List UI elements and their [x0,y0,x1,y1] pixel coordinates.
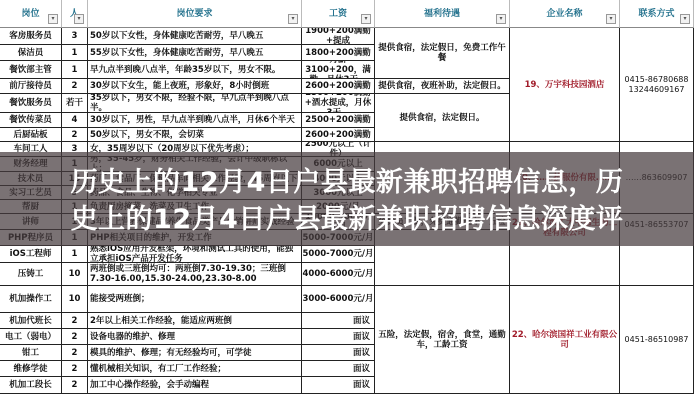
cell-requirements: 模具的维护、修理；有无经验均可，可学徒 [88,345,302,361]
cell-requirements: 两班倒或三班倒均可：两班倒7.30-19.30；三班倒7.30-16.00,15… [88,263,302,286]
cell-salary: 2500+200满勤+酒水提成，月休3天。 [302,94,375,113]
cell-count: 3 [62,28,88,45]
cell-benefits: 五险，法定假，宿舍，食堂，通勤车，工龄工资 [375,286,510,394]
cell-position: 后厨砧板 [0,128,62,142]
cell-count: 1 [62,61,88,79]
cell-position: 钳工 [0,345,62,361]
cell-requirements: 能接受两班倒； [88,286,302,313]
cell-count: 2 [62,79,88,94]
filter-dropdown-icon[interactable]: ▾ [361,14,371,24]
cell-benefits: 提供食宿，夜班补助，法定假日。 [375,79,510,94]
cell-company: 19、万宇科技园酒店 [510,28,620,142]
cell-count: 若干 [62,94,88,113]
cell-salary: 2600+200满勤 [302,79,375,94]
cell-salary: 2600+200满勤 [302,128,375,142]
cell-benefits: 提供食宿，法定假日。 [375,94,510,142]
cell-count: 2 [62,345,88,361]
cell-contact: 0451-86510987 [620,286,694,394]
cell-requirements: 早九点半到晚八点半，年龄35岁以下，男女不限。 [88,61,302,79]
cell-count: 2 [62,313,88,329]
contact-contact-line2: 13244609167 [629,85,685,95]
cell-position: 前厅接待员 [0,79,62,94]
cell-salary: 面议 [302,361,375,377]
cell-count: 10 [62,263,88,286]
overlay-title-line1: 历史上的12月4日户县最新兼职招聘信息，历 [0,160,694,199]
cell-requirements: 35岁以下，男女不限，经验不限，早九点半到晚八点半。 [88,94,302,113]
cell-salary: 2500+200满勤 [302,113,375,128]
filter-dropdown-icon[interactable]: ▾ [496,14,506,24]
filter-dropdown-icon[interactable]: ▾ [74,14,84,24]
cell-count: 4 [62,113,88,128]
header-salary: 工资▾ [302,0,375,28]
cell-requirements: 熟悉iOS应用开发框架，环境和测试工具的使用，能独立承担iOS产品开发任务 [88,246,302,263]
cell-position: 压铸工 [0,263,62,286]
cell-position: 客房服务员 [0,28,62,45]
cell-position: iOS工程师 [0,246,62,263]
cell-contact: 0415-8678068813244609167 [620,28,694,142]
cell-requirements: 2年以上相关工作经验，能适应两班倒 [88,313,302,329]
filter-dropdown-icon[interactable]: ▾ [48,14,58,24]
cell-salary: 1900+200满勤+提成 [302,28,375,45]
cell-count: 10 [62,286,88,313]
cell-position: 餐饮服务员 [0,94,62,113]
cell-count: 1 [62,246,88,263]
contact-contact-line1: 0451-86510987 [625,335,689,345]
cell-requirements: 30岁以下，男性，早九点半到晚八点半，月休6个半天 [88,113,302,128]
cell-position: 机加操作工 [0,286,62,313]
cell-count: 2 [62,329,88,345]
filter-dropdown-icon[interactable]: ▾ [288,14,298,24]
cell-benefits: 提供食宿，法定假日，免费工作午餐 [375,28,510,79]
cell-requirements: 50岁以下，男女不限，会切菜 [88,128,302,142]
cell-salary: 面议 [302,377,375,394]
cell-requirements: 设备电器的维护、修理 [88,329,302,345]
cell-salary: 5000-7000元/月 [302,246,375,263]
cell-count: 1 [62,45,88,61]
cell-requirements: 50岁以下女性，身体健康吃苦耐劳，早八晚五 [88,28,302,45]
cell-requirements: 加工中心操作经验，会手动编程 [88,377,302,394]
cell-salary: 1800+200满勤 [302,45,375,61]
header-count: 人▾ [62,0,88,28]
overlay-title-line2: 史上的12月4日户县最新兼职招聘信息深度评 [0,197,694,236]
cell-position: 机加代班长 [0,313,62,329]
cell-company: 22、哈尔滨国祥工业有限公司 [510,286,620,394]
header-position: 岗位▾ [0,0,62,28]
cell-requirements: 懂机械相关知识，有工厂工作经验； [88,361,302,377]
cell-salary: 面议 [302,313,375,329]
cell-count: 2 [62,361,88,377]
cell-position: 电工（弱电） [0,329,62,345]
cell-position: 餐饮部主管 [0,61,62,79]
header-requirements: 岗位要求▾ [88,0,302,28]
cell-count: 2 [62,128,88,142]
header-company: 企业名称▾ [510,0,620,28]
cell-requirements: 55岁以下女性，身体健康吃苦耐劳，早八晚五 [88,45,302,61]
filter-dropdown-icon[interactable]: ▾ [680,14,690,24]
cell-salary: 面议 [302,345,375,361]
filter-dropdown-icon[interactable]: ▾ [606,14,616,24]
cell-position: 餐饮传菜员 [0,113,62,128]
header-contact: 联系方式▾ [620,0,694,28]
cell-position: 维修学徒 [0,361,62,377]
contact-contact-line1: 0415-86780688 [625,75,689,85]
header-benefits: 福利待遇▾ [375,0,510,28]
cell-salary: 4000-6000元/月 [302,263,375,286]
cell-salary: 3000-6000元/月 [302,286,375,313]
cell-salary: 面议 [302,329,375,345]
cell-salary: 月薪3100+200，满勤，月休3天。 [302,61,375,79]
cell-position: 机加工段长 [0,377,62,394]
cell-requirements: 30岁以下女生，能上夜班，形象好，8小时倒班 [88,79,302,94]
cell-count: 2 [62,377,88,394]
cell-position: 保洁员 [0,45,62,61]
